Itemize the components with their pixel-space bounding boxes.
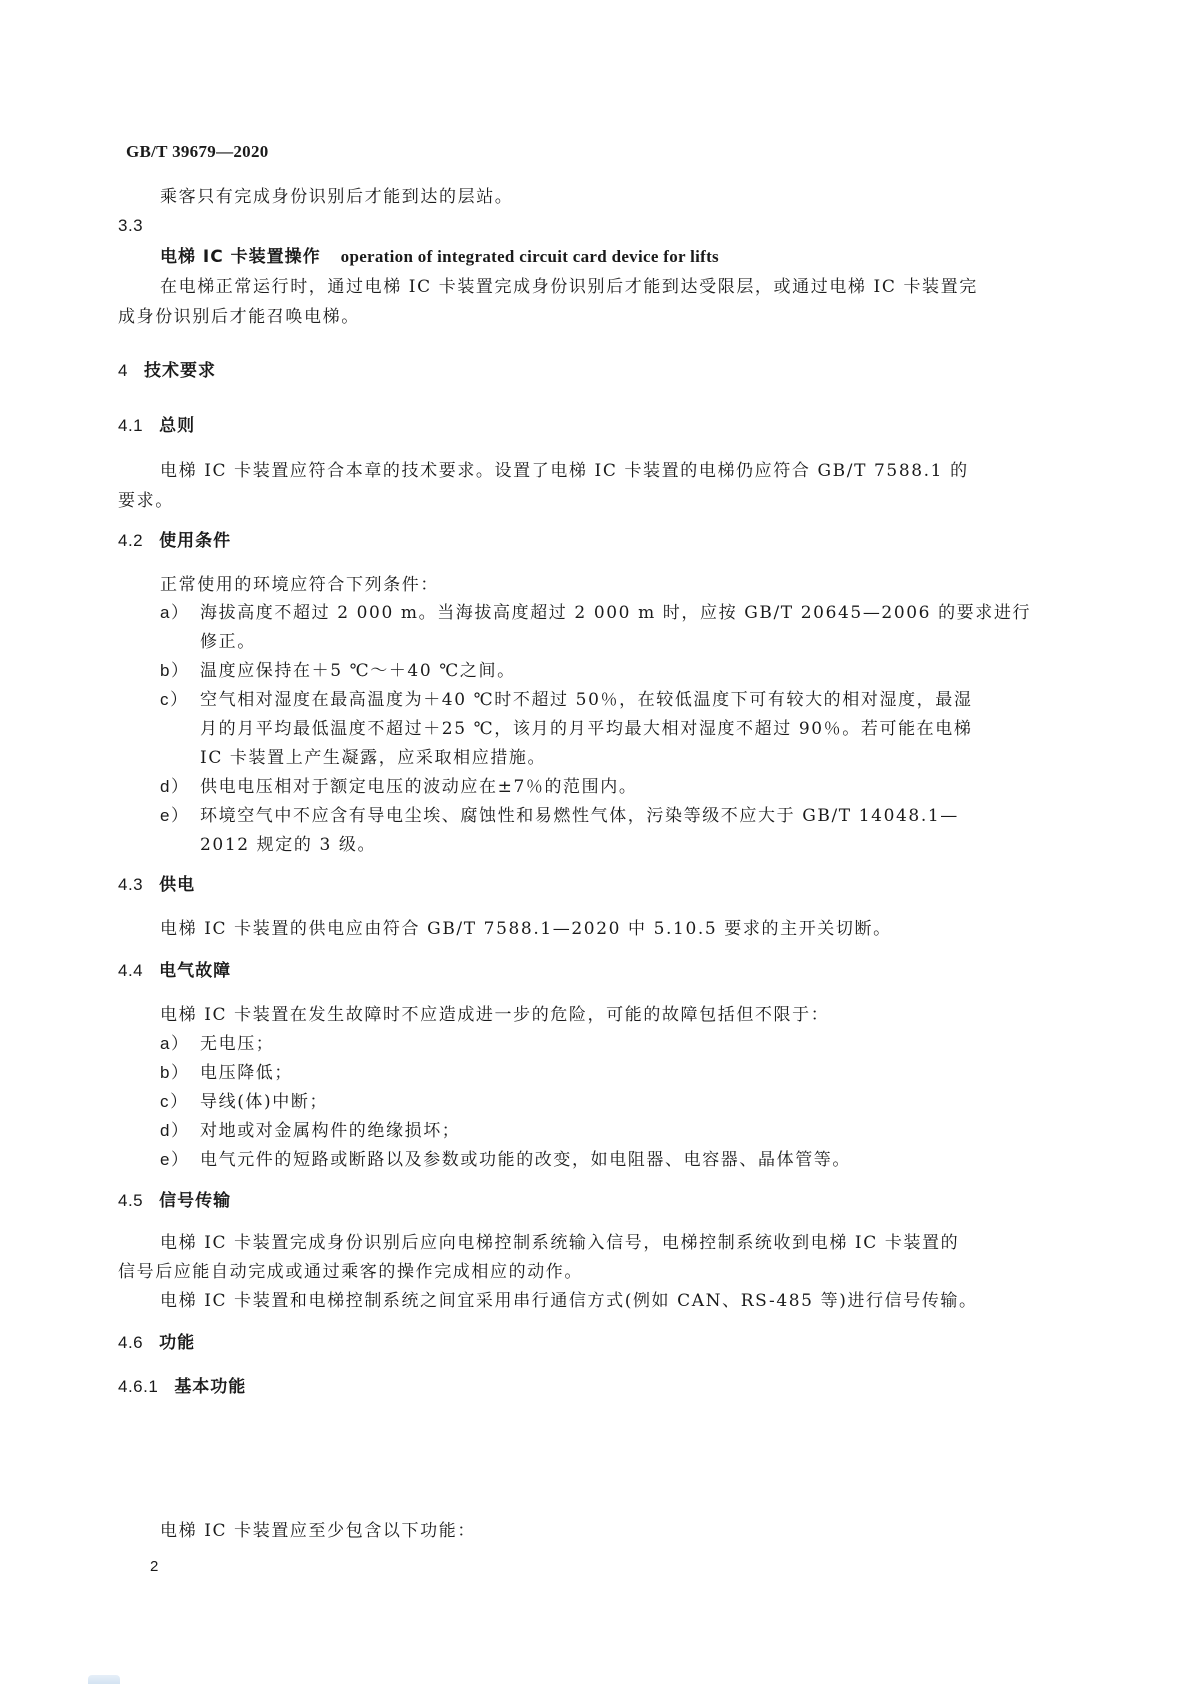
definition-line: 在电梯正常运行时，通过电梯 IC 卡装置完成身份识别后才能到达受限层，或通过电梯… xyxy=(160,272,978,297)
list-item-d: d）对地或对金属构件的绝缘损坏； xyxy=(160,1116,460,1141)
section-number: 4.2 xyxy=(118,531,143,550)
document-page: GB/T 39679—2020 乘客只有完成身份识别后才能到达的层站。 3.3 … xyxy=(0,0,1191,1684)
paragraph: 正常使用的环境应符合下列条件： xyxy=(160,570,439,595)
list-text: 海拔高度不超过 2 000 m。当海拔高度超过 2 000 m 时，应按 GB/… xyxy=(200,603,1031,623)
clause-number-3-3: 3.3 xyxy=(118,216,143,236)
list-label: c） xyxy=(160,685,200,710)
list-label: d） xyxy=(160,772,200,797)
list-label: d） xyxy=(160,1116,200,1141)
paragraph: 乘客只有完成身份识别后才能到达的层站。 xyxy=(160,182,513,207)
term-chinese: 电梯 IC 卡装置操作 xyxy=(160,247,321,267)
list-text: 电压降低； xyxy=(200,1063,293,1083)
term-english: operation of integrated circuit card dev… xyxy=(341,247,719,266)
list-item-d: d）供电电压相对于额定电压的波动应在±7％的范围内。 xyxy=(160,772,637,797)
section-title: 电气故障 xyxy=(159,961,231,981)
section-number: 4.3 xyxy=(118,875,143,894)
section-heading-4: 4技术要求 xyxy=(118,356,216,381)
section-heading-4-3: 4.3供电 xyxy=(118,870,195,895)
list-label: b） xyxy=(160,656,200,681)
paragraph-line: 电梯 IC 卡装置应符合本章的技术要求。设置了电梯 IC 卡装置的电梯仍应符合 … xyxy=(160,456,969,481)
paragraph-line: 信号后应能自动完成或通过乘客的操作完成相应的动作。 xyxy=(118,1257,583,1282)
list-item-continuation: 修正。 xyxy=(200,627,256,652)
paragraph: 电梯 IC 卡装置在发生故障时不应造成进一步的危险，可能的故障包括但不限于： xyxy=(160,1000,829,1025)
list-label: a） xyxy=(160,598,200,623)
list-item-continuation: 2012 规定的 3 级。 xyxy=(200,830,376,855)
list-item-b: b）电压降低； xyxy=(160,1058,293,1083)
section-heading-4-6-1: 4.6.1基本功能 xyxy=(118,1372,246,1397)
section-heading-4-1: 4.1总则 xyxy=(118,411,195,436)
list-label: e） xyxy=(160,801,200,826)
section-number: 4.4 xyxy=(118,961,143,980)
paragraph-line: 电梯 IC 卡装置完成身份识别后应向电梯控制系统输入信号，电梯控制系统收到电梯 … xyxy=(160,1228,959,1253)
section-title: 供电 xyxy=(159,875,195,895)
section-heading-4-6: 4.6功能 xyxy=(118,1328,195,1353)
list-item-continuation: 月的月平均最低温度不超过＋25 ℃，该月的月平均最大相对湿度不超过 90％。若可… xyxy=(200,714,973,739)
section-title: 功能 xyxy=(159,1333,195,1353)
paragraph: 电梯 IC 卡装置的供电应由符合 GB/T 7588.1—2020 中 5.10… xyxy=(160,914,892,939)
list-label: b） xyxy=(160,1058,200,1083)
list-text: 环境空气中不应含有导电尘埃、腐蚀性和易燃性气体，污染等级不应大于 GB/T 14… xyxy=(200,806,959,826)
list-item-e: e）电气元件的短路或断路以及参数或功能的改变，如电阻器、电容器、晶体管等。 xyxy=(160,1145,851,1170)
paragraph: 电梯 IC 卡装置应至少包含以下功能： xyxy=(160,1516,476,1541)
list-label: a） xyxy=(160,1029,200,1054)
page-number: 2 xyxy=(150,1558,158,1575)
list-item-c: c）空气相对湿度在最高温度为＋40 ℃时不超过 50％，在较低温度下可有较大的相… xyxy=(160,685,973,710)
list-text: 对地或对金属构件的绝缘损坏； xyxy=(200,1121,460,1141)
term-entry: 电梯 IC 卡装置操作operation of integrated circu… xyxy=(160,242,719,267)
section-number: 4.6.1 xyxy=(118,1377,158,1396)
list-text: 温度应保持在＋5 ℃～＋40 ℃之间。 xyxy=(200,661,516,681)
list-label: e） xyxy=(160,1145,200,1170)
list-item-c: c）导线(体)中断； xyxy=(160,1087,328,1112)
section-heading-4-2: 4.2使用条件 xyxy=(118,526,231,551)
list-text: 电气元件的短路或断路以及参数或功能的改变，如电阻器、电容器、晶体管等。 xyxy=(200,1150,851,1170)
section-number: 4.1 xyxy=(118,416,143,435)
list-item-a: a）海拔高度不超过 2 000 m。当海拔高度超过 2 000 m 时，应按 G… xyxy=(160,598,1031,623)
section-title: 基本功能 xyxy=(174,1377,246,1397)
section-title: 信号传输 xyxy=(159,1191,231,1211)
section-number: 4 xyxy=(118,361,128,380)
list-item-a: a）无电压； xyxy=(160,1029,274,1054)
section-title: 使用条件 xyxy=(159,531,231,551)
list-text: 供电电压相对于额定电压的波动应在±7％的范围内。 xyxy=(200,777,637,797)
section-number: 4.6 xyxy=(118,1333,143,1352)
corner-tab-decoration xyxy=(88,1675,120,1684)
list-item-e: e）环境空气中不应含有导电尘埃、腐蚀性和易燃性气体，污染等级不应大于 GB/T … xyxy=(160,801,959,826)
section-title: 总则 xyxy=(159,416,195,436)
list-label: c） xyxy=(160,1087,200,1112)
clause-number: 3.3 xyxy=(118,216,143,235)
section-number: 4.5 xyxy=(118,1191,143,1210)
list-item-continuation: IC 卡装置上产生凝露，应采取相应措施。 xyxy=(200,743,546,768)
list-text: 空气相对湿度在最高温度为＋40 ℃时不超过 50％，在较低温度下可有较大的相对湿… xyxy=(200,690,973,710)
section-heading-4-4: 4.4电气故障 xyxy=(118,956,231,981)
list-text: 无电压； xyxy=(200,1034,274,1054)
list-item-b: b）温度应保持在＋5 ℃～＋40 ℃之间。 xyxy=(160,656,516,681)
definition-line: 成身份识别后才能召唤电梯。 xyxy=(118,302,360,327)
standard-code: GB/T 39679—2020 xyxy=(126,142,269,162)
section-heading-4-5: 4.5信号传输 xyxy=(118,1186,231,1211)
section-title: 技术要求 xyxy=(144,361,216,381)
paragraph-line: 要求。 xyxy=(118,486,174,511)
paragraph: 电梯 IC 卡装置和电梯控制系统之间宜采用串行通信方式(例如 CAN、RS-48… xyxy=(160,1286,978,1311)
list-text: 导线(体)中断； xyxy=(200,1092,328,1112)
